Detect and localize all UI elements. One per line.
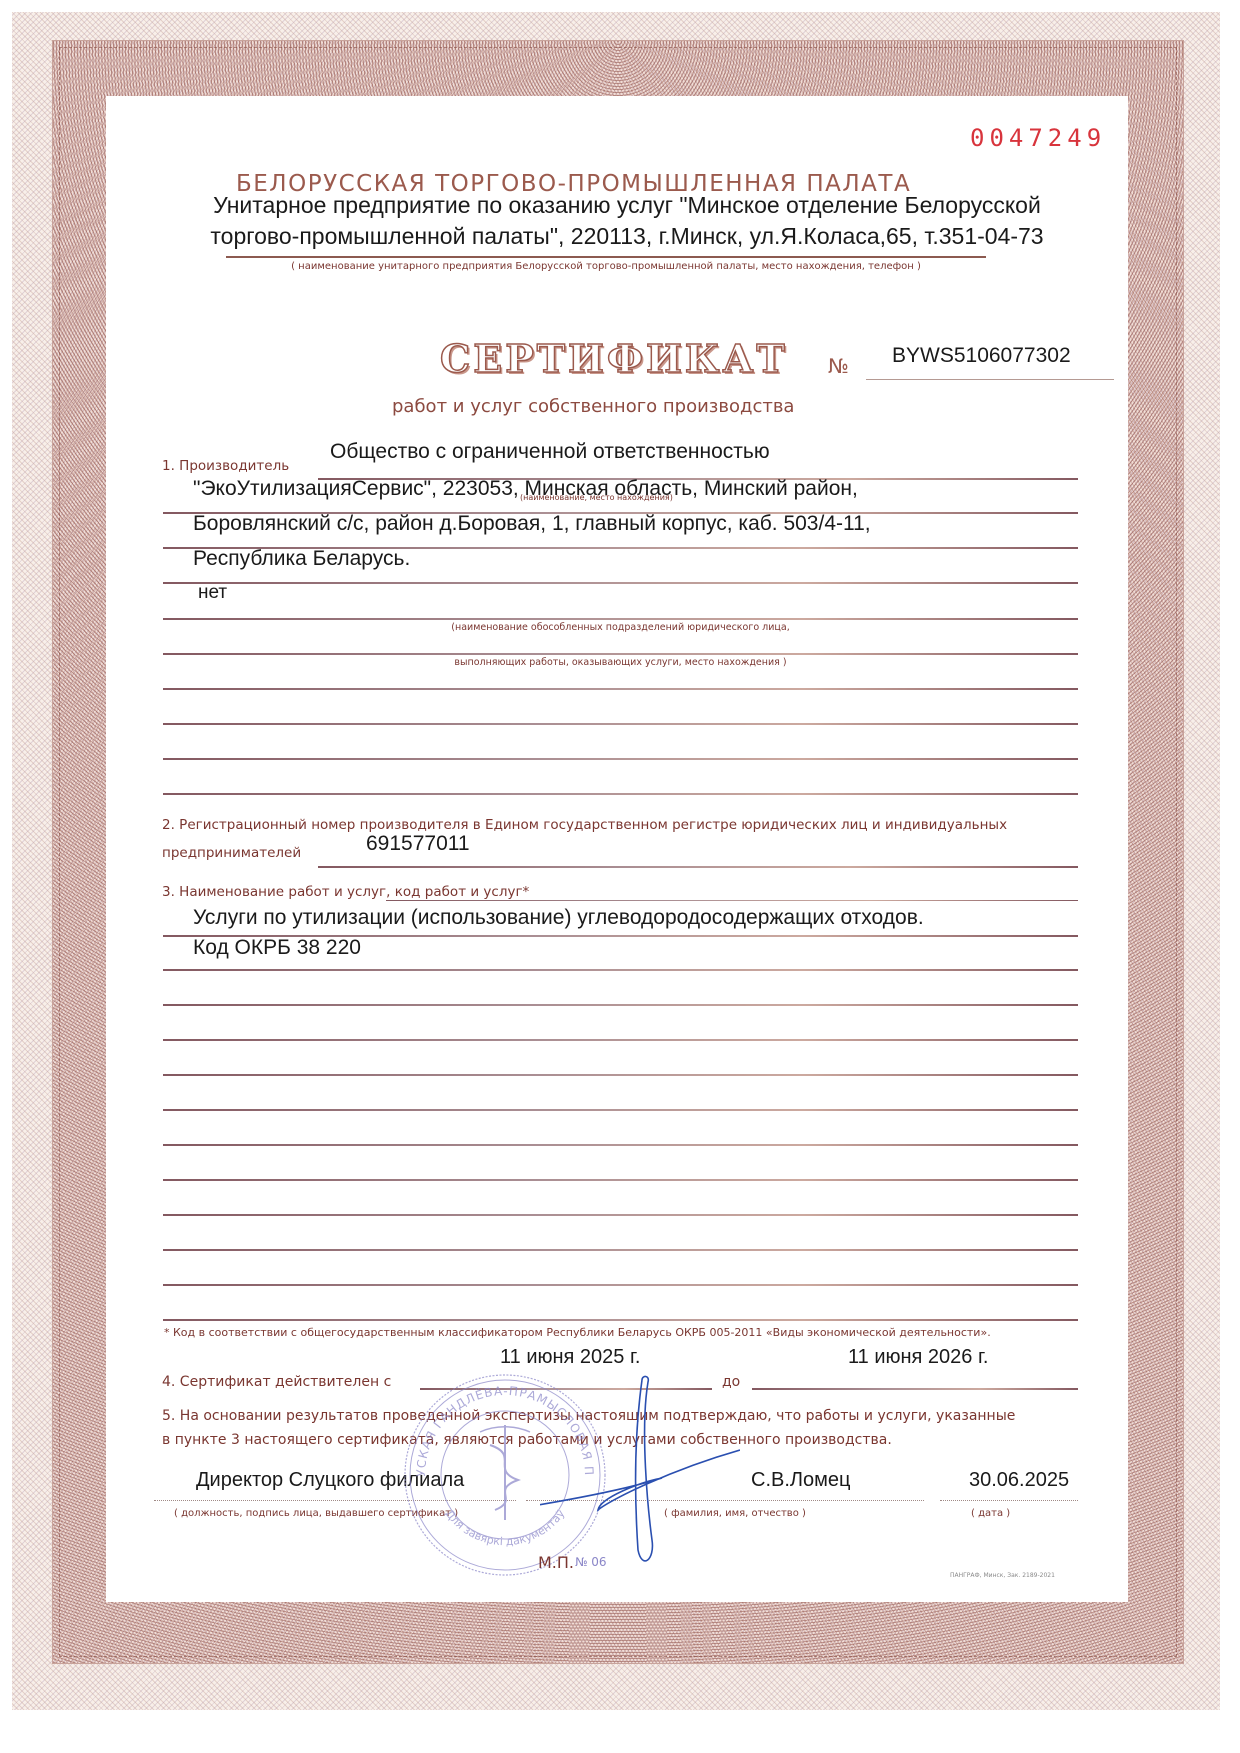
rule — [163, 969, 1078, 971]
rule — [163, 1074, 1078, 1076]
rule — [163, 1249, 1078, 1251]
rule — [940, 1500, 1078, 1502]
issuer-block: Унитарное предприятие по оказанию услуг … — [152, 190, 1102, 252]
issuer-line-1: Унитарное предприятие по оказанию услуг … — [152, 190, 1102, 221]
rule — [163, 1214, 1078, 1216]
valid-to-date: 11 июня 2026 г. — [848, 1346, 988, 1369]
certificate-number: BYWS5106077302 — [892, 344, 1071, 368]
producer-line-3: Боровлянский с/с, район д.Боровая, 1, гл… — [193, 512, 871, 536]
signature-date: 30.06.2025 — [969, 1469, 1069, 1492]
section3-label: 3. Наименование работ и услуг, код работ… — [162, 884, 529, 900]
producer-line-1: Общество с ограниченной ответственностью — [330, 440, 770, 464]
valid-from-date: 11 июня 2025 г. — [500, 1346, 640, 1369]
handwritten-signature-icon — [540, 1370, 740, 1570]
issuer-caption: ( наименование унитарного предприятия Бе… — [226, 261, 986, 272]
subdivisions-value: нет — [198, 582, 227, 604]
producer-line-2: "ЭкоУтилизацияСервис", 223053, Минская о… — [193, 477, 858, 501]
rule — [163, 653, 1078, 655]
registration-number: 691577011 — [366, 832, 470, 856]
rule — [752, 1388, 1078, 1390]
section1-label: 1. Производитель — [162, 458, 289, 474]
okrb-footnote: * Код в соответствии с общегосударственн… — [164, 1326, 991, 1339]
signatory-name: С.В.Ломец — [751, 1469, 850, 1492]
rule — [163, 618, 1078, 620]
number-sign: № — [828, 354, 849, 378]
rule — [163, 582, 1078, 584]
rule — [163, 1179, 1078, 1181]
date-caption: ( дата ) — [971, 1508, 1010, 1519]
rule — [163, 758, 1078, 760]
rule — [386, 900, 1078, 901]
serial-number: 0047249 — [970, 124, 1106, 152]
rule — [163, 723, 1078, 725]
rule — [318, 866, 1078, 868]
rule — [163, 1284, 1078, 1286]
rule — [163, 1004, 1078, 1006]
rule — [163, 688, 1078, 690]
service-line-1: Услуги по утилизации (использование) угл… — [193, 906, 924, 930]
producer-line-4: Республика Беларусь. — [193, 547, 410, 571]
subdivisions-caption-2: выполняющих работы, оказывающих услуги, … — [163, 657, 1078, 668]
section2-label-line-2: предпринимателей — [162, 845, 301, 861]
rule — [163, 1109, 1078, 1111]
certificate-title: СЕРТИФИКАТ — [440, 336, 788, 381]
subdivisions-caption-1: (наименование обособленных подразделений… — [163, 622, 1078, 633]
issuer-line-2: торгово-промышленной палаты", 220113, г.… — [152, 221, 1102, 252]
rule — [163, 1144, 1078, 1146]
rule — [163, 1319, 1078, 1321]
rule — [163, 1039, 1078, 1041]
rule — [163, 793, 1078, 795]
printer-mark: ПАНГРАФ, Минск, Зак. 2189-2021 — [950, 1572, 1055, 1579]
service-line-2: Код ОКРБ 38 220 — [193, 936, 361, 960]
issuer-underline — [226, 256, 986, 258]
section4-label: 4. Сертификат действителен с — [162, 1374, 391, 1390]
certificate-subtitle: работ и услуг собственного производства — [392, 396, 794, 417]
certificate-number-underline — [866, 379, 1114, 380]
section2-label-line-1: 2. Регистрационный номер производителя в… — [162, 817, 1007, 833]
